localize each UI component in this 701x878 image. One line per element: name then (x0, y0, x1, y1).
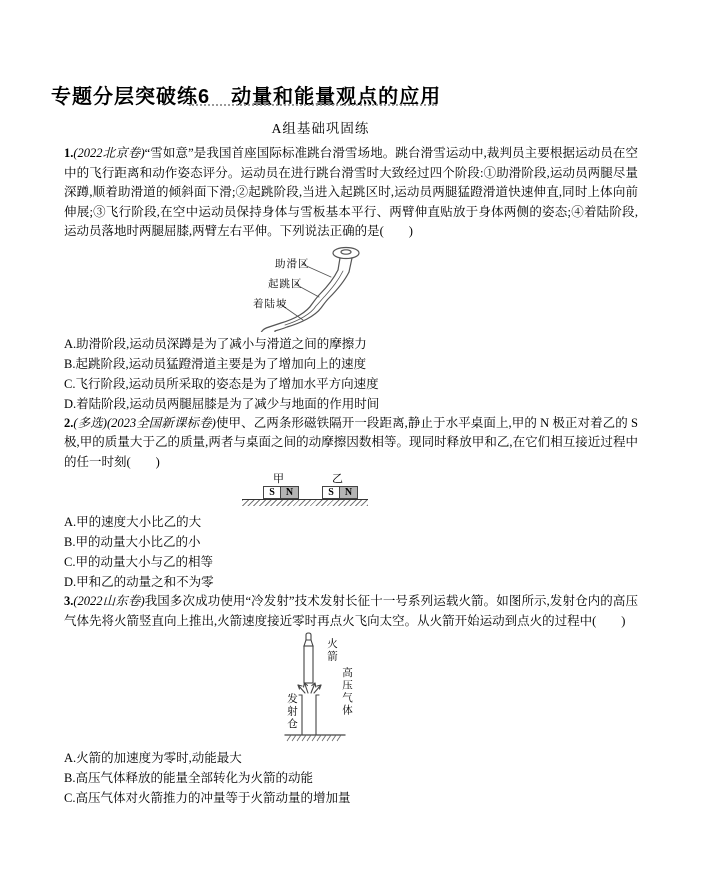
title-underline (189, 104, 437, 106)
q1-source: (2022北京卷) (73, 146, 144, 160)
q3-stem-text: 我国多次成功使用“冷发射”技术发射长征十一号系列运载火箭。如图所示,发射仓内的高… (64, 594, 638, 628)
table-surface (242, 499, 368, 506)
q2-source: (多选)(2023全国新课标卷) (73, 416, 215, 430)
q2-options: A.甲的速度大小比乙的大 B.甲的动量大小比乙的小 C.甲的动量大小与乙的相等 … (64, 512, 638, 592)
q1-option-d: D.着陆阶段,运动员两腿屈膝是为了减少与地面的作用时间 (64, 394, 638, 414)
question-1: 1.(2022北京卷)“雪如意”是我国首座国际标准跳台滑雪场地。跳台滑雪运动中,… (64, 144, 638, 414)
q2-option-c: C.甲的动量大小与乙的相等 (64, 552, 638, 572)
q3-options: A.火箭的加速度为零时,动能最大 B.高压气体释放的能量全部转化为火箭的动能 C… (64, 748, 638, 808)
q3-stem: 3.(2022山东卷)我国多次成功使用“冷发射”技术发射长征十一号系列运载火箭。… (64, 592, 638, 631)
q3-option-b: B.高压气体释放的能量全部转化为火箭的动能 (64, 768, 638, 788)
q3-option-c: C.高压气体对火箭推力的冲量等于火箭动量的增加量 (64, 788, 638, 808)
q3-number: 3. (64, 594, 73, 608)
q2-option-d: D.甲和乙的动量之和不为零 (64, 572, 638, 592)
q3-source: (2022山东卷) (73, 594, 144, 608)
q1-option-a: A.助滑阶段,运动员深蹲是为了减小与滑道之间的摩擦力 (64, 334, 638, 354)
runup-area-label: 助滑区 (275, 259, 310, 271)
q1-option-c: C.飞行阶段,运动员所采取的姿态是为了增加水平方向速度 (64, 374, 638, 394)
q1-number: 1. (64, 146, 73, 160)
q2-magnets-figure: 甲 乙 S N S N (242, 474, 368, 506)
q2-option-a: A.甲的速度大小比乙的大 (64, 512, 638, 532)
magnet-yi: S N (322, 486, 358, 499)
q1-options: A.助滑阶段,运动员深蹲是为了减小与滑道之间的摩擦力 B.起跳阶段,运动员猛蹬滑… (64, 334, 638, 414)
rocket-label: 火箭 (325, 638, 337, 663)
magnet-yi-label: 乙 (332, 474, 343, 485)
section-header: A组基础巩固练 (0, 117, 671, 137)
launch-silo-label: 发射仓 (285, 693, 297, 731)
magnet-jia-north-pole: N (281, 486, 299, 499)
q1-stem-text: “雪如意”是我国首座国际标准跳台滑雪场地。跳台滑雪运动中,裁判员主要根据运动员在… (64, 146, 638, 238)
landing-slope-label: 着陆坡 (253, 299, 288, 311)
q1-option-b: B.起跳阶段,运动员猛蹬滑道主要是为了增加向上的速度 (64, 354, 638, 374)
worksheet-body: 1.(2022北京卷)“雪如意”是我国首座国际标准跳台滑雪场地。跳台滑雪运动中,… (0, 144, 701, 808)
takeoff-area-label: 起跳区 (268, 279, 303, 291)
q2-number: 2. (64, 416, 73, 430)
q3-rocket-figure: 火箭 高压气体 发射仓 (283, 631, 363, 744)
question-2: 2.(多选)(2023全国新课标卷)使甲、乙两条形磁铁隔开一段距离,静止于水平桌… (64, 414, 638, 593)
question-3: 3.(2022山东卷)我国多次成功使用“冷发射”技术发射长征十一号系列运载火箭。… (64, 592, 638, 808)
magnet-jia-label: 甲 (273, 474, 284, 485)
q3-option-a: A.火箭的加速度为零时,动能最大 (64, 748, 638, 768)
page-header: 专题分层突破练6 动量和能量观点的应用 (0, 80, 701, 108)
magnet-yi-south-pole: S (322, 486, 340, 499)
high-pressure-gas-label: 高压气体 (340, 667, 352, 717)
q1-ski-jump-figure: 助滑区 起跳区 着陆坡 (245, 244, 465, 332)
q2-stem: 2.(多选)(2023全国新课标卷)使甲、乙两条形磁铁隔开一段距离,静止于水平桌… (64, 414, 638, 473)
q2-option-b: B.甲的动量大小比乙的小 (64, 532, 638, 552)
magnet-jia-south-pole: S (263, 486, 281, 499)
magnet-jia: S N (263, 486, 299, 499)
q1-stem: 1.(2022北京卷)“雪如意”是我国首座国际标准跳台滑雪场地。跳台滑雪运动中,… (64, 144, 638, 242)
magnet-yi-north-pole: N (340, 486, 358, 499)
